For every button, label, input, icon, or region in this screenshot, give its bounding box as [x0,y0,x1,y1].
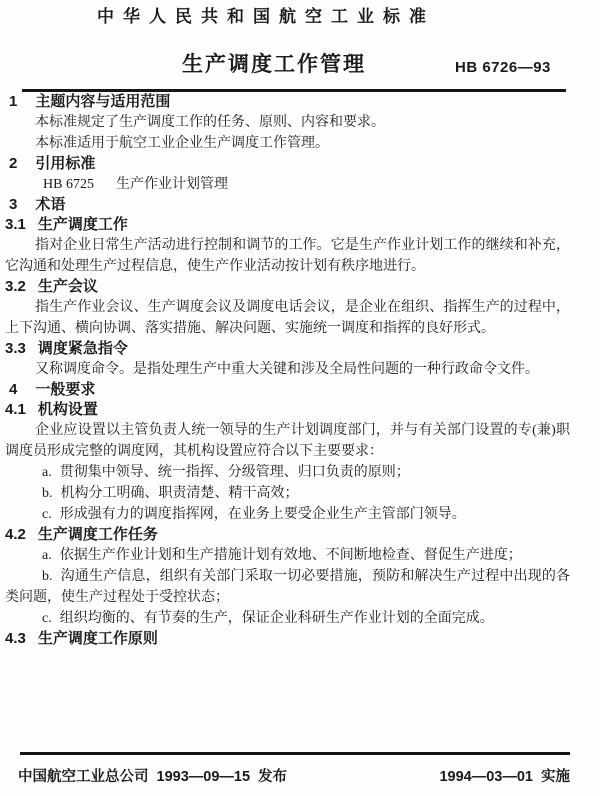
issue-action-label: 发布 [258,769,287,785]
list-item-text: 依据生产作业计划和生产措施计划有效地、不间断地检查、督促生产进度； [60,548,522,563]
section-number: 3 [9,195,17,215]
list-marker: b. [42,486,53,501]
section-1-heading: 1主题内容与适用范围 [5,92,570,112]
publisher-line: 中国航空工业总公司1993—09—15发布 [18,768,287,786]
section-title: 机构设置 [38,401,98,418]
document-body: 1主题内容与适用范围 本标准规定了生产调度工作的任务、原则、内容和要求。 本标准… [5,92,570,649]
term-definition: 指对企业日常生产活动进行控制和调节的工作。它是生产作业计划工作的继续和补充，它沟… [5,235,570,277]
reference-entry: HB 6725生产作业计划管理 [5,174,570,195]
section-3-heading: 3术语 [5,195,570,215]
issue-date: 1993—09—15 [157,769,251,785]
list-marker: a. [42,465,52,480]
section-title: 一般要求 [35,381,95,398]
scope-paragraph-1: 本标准规定了生产调度工作的任务、原则、内容和要求。 [5,112,570,133]
list-item: a.贯彻集中领导、统一指挥、分级管理、归口负责的原则； [5,462,570,483]
implementation-date: 1994—03—01 [439,769,533,785]
section-number: 3.3 [5,339,26,359]
list-item-text: 贯彻集中领导、统一指挥、分级管理、归口负责的原则； [60,465,410,480]
list-item: b.沟通生产信息，组织有关部门采取一切必要措施，预防和解决生产过程中出现的各类问… [5,566,570,608]
referenced-standard-title: 生产作业计划管理 [116,177,228,192]
term-definition: 又称调度命令。是指处理生产中重大关键和涉及全局性问题的一种行政命令文件。 [5,359,570,380]
section-title: 术语 [35,196,65,213]
term-definition: 指生产作业会议、生产调度会议及调度电话会议，是企业在组织、指挥生产的过程中，上下… [5,297,570,339]
issuing-organization: 中国航空工业总公司 [18,769,149,785]
section-2-heading: 2引用标准 [5,154,570,174]
list-marker: c. [42,611,52,626]
list-marker: c. [42,507,52,522]
section-title: 生产调度工作 [38,216,128,233]
section-title: 调度紧急指令 [38,340,128,357]
section-4-3-heading: 4.3生产调度工作原则 [5,629,570,649]
document-page: 中华人民共和国航空工业标准 生产调度工作管理 HB 6726—93 1主题内容与… [0,0,600,796]
section-3-1-heading: 3.1生产调度工作 [5,215,570,235]
list-item-text: 形成强有力的调度指挥网，在业务上要受企业生产主管部门领导。 [60,507,466,522]
list-item-text: 沟通生产信息，组织有关部门采取一切必要措施，预防和解决生产过程中出现的各类问题，… [5,569,570,605]
section-number: 1 [9,92,17,112]
referenced-standard-code: HB 6725 [43,177,94,192]
section-number: 4.3 [5,629,26,649]
list-marker: b. [42,569,53,584]
section-number: 3.2 [5,277,26,297]
list-item-text: 机构分工明确、职责清楚、精干高效； [61,486,299,501]
section-number: 4.2 [5,525,26,545]
list-marker: a. [42,548,52,563]
section-number: 4.1 [5,400,26,420]
section-number: 3.1 [5,215,26,235]
section-4-1-heading: 4.1机构设置 [5,400,570,420]
standard-code: HB 6726—93 [455,59,551,77]
list-item: b.机构分工明确、职责清楚、精干高效； [5,483,570,504]
section-number: 4 [9,380,17,400]
section-title: 引用标准 [35,155,95,172]
section-title: 主题内容与适用范围 [35,93,170,110]
document-footer: 中国航空工业总公司1993—09—15发布 1994—03—01实施 [18,768,570,786]
list-item: c.组织均衡的、有节奏的生产，保证企业科研生产作业计划的全面完成。 [5,608,570,629]
standard-name: 中华人民共和国航空工业标准 [97,7,435,27]
list-item: a.依据生产作业计划和生产措施计划有效地、不间断地检查、督促生产进度； [5,545,570,566]
section-title: 生产会议 [38,278,98,295]
section-3-2-heading: 3.2生产会议 [5,277,570,297]
list-item-text: 组织均衡的、有节奏的生产，保证企业科研生产作业计划的全面完成。 [60,611,494,626]
section-3-3-heading: 3.3调度紧急指令 [5,339,570,359]
implementation-action-label: 实施 [541,769,570,785]
section-number: 2 [9,154,17,174]
implementation-line: 1994—03—01实施 [439,768,570,786]
section-title: 生产调度工作原则 [38,630,158,647]
document-title: 生产调度工作管理 [182,52,366,78]
subsection-intro: 企业应设置以主管负责人统一领导的生产计划调度部门，并与有关部门设置的专(兼)职调… [5,420,570,462]
list-item: c.形成强有力的调度指挥网，在业务上要受企业生产主管部门领导。 [5,504,570,525]
section-title: 生产调度工作任务 [38,526,158,543]
section-4-heading: 4一般要求 [5,380,570,400]
section-4-2-heading: 4.2生产调度工作任务 [5,525,570,545]
footer-divider [20,752,570,755]
scope-paragraph-2: 本标准适用于航空工业企业生产调度工作管理。 [5,133,570,154]
